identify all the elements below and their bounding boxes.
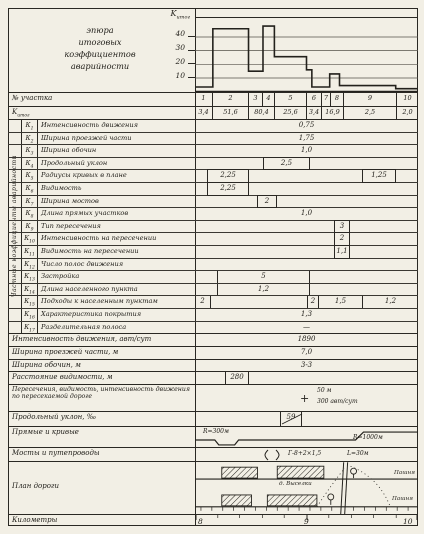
building-block [267, 495, 317, 506]
row-value-box: 280 [225, 371, 249, 385]
row-value: 3-3 [195, 360, 418, 371]
road-tick-marks [201, 507, 408, 511]
coefficient-row-k12: К12 Число полос движения [8, 259, 418, 272]
y-axis-tick [188, 36, 195, 37]
coefficient-row-k9: К9 Тип пересечения 3 [8, 221, 418, 234]
k-itog-cells: 3,4 51,6 80,4 25,6 3,4 16,9 2,5 2,0 [195, 107, 418, 119]
coefficient-row-k8: К8 Длина прямых участков 1,0 [8, 208, 418, 221]
coefficient-row-k15: К15 Подходы к населенным пунктам 2 2 1,5… [8, 296, 418, 309]
row-label: Видимость [38, 183, 195, 195]
row-label: Пересечения, видимость, интенсивность дв… [8, 385, 195, 411]
building-block [222, 495, 252, 506]
row-crossings: Пересечения, видимость, интенсивность дв… [8, 384, 418, 411]
epure-chart [195, 17, 418, 93]
km-value: 8 [198, 517, 203, 526]
row-road-plan: План дороги [8, 461, 418, 514]
row-label: Длина прямых участков [38, 208, 195, 220]
row-label: Километры [8, 515, 195, 526]
tree-icon [351, 468, 357, 474]
row-value-box: 2,25 [207, 182, 249, 196]
section-row-label: № участка [8, 93, 195, 106]
row-value: 1,0 [195, 145, 418, 157]
chart-title-line: коэффициентов [30, 48, 170, 60]
k-itog-cell: 2,5 [344, 107, 397, 119]
row-value-segment: 2 [195, 296, 211, 308]
row-value-box: 2,25 [207, 169, 249, 183]
epure-step-profile [195, 18, 418, 93]
y-axis-tick [188, 63, 195, 64]
row-value: 0,75 [195, 120, 418, 132]
slope-diagonal-icon [281, 412, 303, 425]
row-longitudinal-slope: Продольный уклон, ‰ 59 [8, 411, 418, 426]
row-label: Ширина мостов [38, 196, 195, 208]
coefficient-row-k14: К14 Длина населенного пункта 1,2 [8, 284, 418, 297]
row-value-box: 1,25 [362, 169, 396, 183]
coefficient-row-k3: К3 Ширина обочин 1,0 [8, 145, 418, 158]
coefficient-row-k11: К11 Видимость на пересечении 1,1 [8, 246, 418, 259]
k-itog-cell: 16,9 [322, 107, 344, 119]
section-cells: 1 2 3 4 5 6 7 8 9 10 [195, 93, 418, 106]
km-value: 10 [403, 517, 413, 526]
row-label: Характеристика покрытия [38, 309, 195, 321]
row-value: 1,3 [195, 309, 418, 321]
bridge-length: L=30м [347, 450, 369, 457]
bridge-icon [261, 449, 283, 461]
coefficient-row-k2: К2 Ширина проезжей части 1,75 [8, 133, 418, 146]
chart-title-line: эпюра [30, 24, 170, 36]
y-axis-tick [188, 50, 195, 51]
row-carriageway-width: Ширина проезжей части, м 7,0 [8, 346, 418, 359]
section-cell: 3 [249, 93, 263, 106]
row-traffic-intensity: Интенсивность движения, авт/сут 1890 [8, 333, 418, 346]
building-block [277, 466, 324, 478]
crossing-plus-icon: + [300, 392, 309, 405]
row-label: Ширина обочин [38, 145, 195, 157]
village-label: д. Выселки [279, 481, 312, 487]
coefficient-row-k17: К17 Разделительная полоса — [8, 322, 418, 334]
k-itog-row-label: Kитог [8, 107, 195, 119]
coefficient-row-k13: К13 Застройка 5 [8, 271, 418, 284]
row-label: Длина населенного пункта [38, 284, 195, 296]
row-value-box: 2,5 [263, 157, 310, 171]
row-label: Ширина обочин, м [8, 360, 195, 371]
y-axis-tick-label: 20 [165, 57, 185, 66]
tree-icon [328, 494, 334, 500]
section-number-row: № участка 1 2 3 4 5 6 7 8 9 10 [8, 92, 418, 106]
crossing-intensity-value: 300 авт/сут [317, 398, 358, 405]
row-label: Тип пересечения [38, 221, 195, 233]
row-value-segment: 1,5 [319, 296, 363, 308]
field-label-bottom: Пашня [392, 496, 413, 502]
bridge-gabarit: Г-8+2×1,5 [288, 450, 321, 457]
row-value: — [195, 322, 418, 334]
section-cell: 10 [397, 93, 418, 106]
coefficient-row-k16: К16 Характеристика покрытия 1,3 [8, 309, 418, 322]
slope-value-box: 59 [280, 411, 302, 427]
row-label: Прямые и кривые [8, 427, 195, 447]
k-itog-cell: 3,4 [195, 107, 213, 119]
row-value: 1,75 [195, 133, 418, 145]
section-cell: 5 [275, 93, 307, 106]
k-itog-cell: 2,0 [397, 107, 418, 119]
row-label: Радиусы кривых в плане [38, 170, 195, 182]
k-itog-subscript: итог [17, 113, 29, 118]
chart-title-line: аварийности [30, 60, 170, 72]
accident-coefficient-sheet: Kитог эпюра итоговых коэффициентов авари… [0, 0, 424, 534]
row-label: Видимость на пересечении [38, 246, 195, 258]
k-itog-cell: 3,4 [307, 107, 322, 119]
row-bridges: Мосты и путепроводы Г-8+2×1,5 L=30м [8, 447, 418, 461]
road-plan-drawing [195, 462, 418, 515]
curve-radius-left: R=300м [203, 428, 229, 435]
field-label-top: Пашня [394, 470, 415, 476]
crossing-visibility-value: 50 м [317, 387, 332, 394]
row-value: 1,0 [195, 208, 418, 220]
row-value-segment: 1,2 [217, 284, 310, 296]
curve-radius-right: R=1000м [353, 434, 383, 441]
row-label: Мосты и путепроводы [8, 448, 195, 461]
row-value-box: 2 [334, 232, 350, 246]
row-visibility-distance: Расстояние видимости, м 280 [8, 371, 418, 384]
k-itog-header: Kитог [142, 9, 190, 21]
y-axis-tick-label: 30 [165, 43, 185, 52]
row-label: Продольный уклон, ‰ [8, 412, 195, 426]
chart-title: эпюра итоговых коэффициентов аварийности [30, 24, 170, 72]
coefficient-row-k1: К1 Интенсивность движения 0,75 [8, 120, 418, 133]
partial-coefficient-rows: К1 Интенсивность движения 0,75 К2 Ширина… [8, 119, 418, 333]
row-value-box: 3 [334, 220, 350, 234]
row-value-segment: 5 [217, 271, 310, 283]
row-value-box: 1,1 [334, 245, 350, 259]
section-cell: 6 [307, 93, 322, 106]
row-value: 7,0 [195, 347, 418, 359]
row-label: Число полос движения [38, 259, 195, 271]
coefficient-row-k6: К6 Видимость 2,25 [8, 183, 418, 196]
row-value-box: 2 [257, 195, 277, 209]
row-label: Продольный уклон [38, 158, 195, 170]
building-block [222, 467, 258, 478]
k-itog-row: Kитог 3,4 51,6 80,4 25,6 3,4 16,9 2,5 2,… [8, 106, 418, 119]
row-label: План дороги [8, 462, 195, 514]
k-itog-cell: 25,6 [275, 107, 307, 119]
row-straights-and-curves: Прямые и кривые R=300м R=1000м [8, 426, 418, 447]
chart-title-line: итоговых [30, 36, 170, 48]
row-value-segment: 2 [307, 296, 319, 308]
y-axis-tick-label: 10 [165, 71, 185, 80]
row-value-segment: 1,2 [363, 296, 418, 308]
k-itog-cell: 51,6 [213, 107, 249, 119]
y-axis-tick [188, 77, 195, 78]
section-cell: 1 [195, 93, 213, 106]
row-label: Разделительная полоса [38, 322, 195, 334]
section-cell: 8 [331, 93, 344, 106]
section-cell: 2 [213, 93, 249, 106]
section-cell: 7 [322, 93, 331, 106]
row-label: Расстояние видимости, м [8, 372, 195, 384]
row-shoulder-width: Ширина обочин, м 3-3 [8, 359, 418, 371]
row-value: 1890 [195, 334, 418, 346]
row-label: Ширина проезжей части, м [8, 347, 195, 359]
k-itog-subscript: итог [177, 15, 191, 21]
coefficient-row-k7: К7 Ширина мостов 2 [8, 196, 418, 209]
coefficient-row-k10: К10 Интенсивность на пересечении 2 [8, 233, 418, 246]
row-label: Ширина проезжей части [38, 133, 195, 145]
y-axis-tick-label: 40 [165, 29, 185, 38]
row-kilometers: Километры 8 9 10 [8, 514, 418, 526]
row-label: Интенсивность движения [38, 120, 195, 132]
k-itog-cell: 80,4 [249, 107, 275, 119]
row-label: Подходы к населенным пунктам [38, 296, 195, 308]
km-value: 9 [304, 517, 309, 526]
row-label: Интенсивность на пересечении [38, 233, 195, 245]
section-cell: 4 [263, 93, 275, 106]
section-cell: 9 [344, 93, 397, 106]
row-label: Застройка [38, 271, 195, 283]
row-label: Интенсивность движения, авт/сут [8, 334, 195, 346]
